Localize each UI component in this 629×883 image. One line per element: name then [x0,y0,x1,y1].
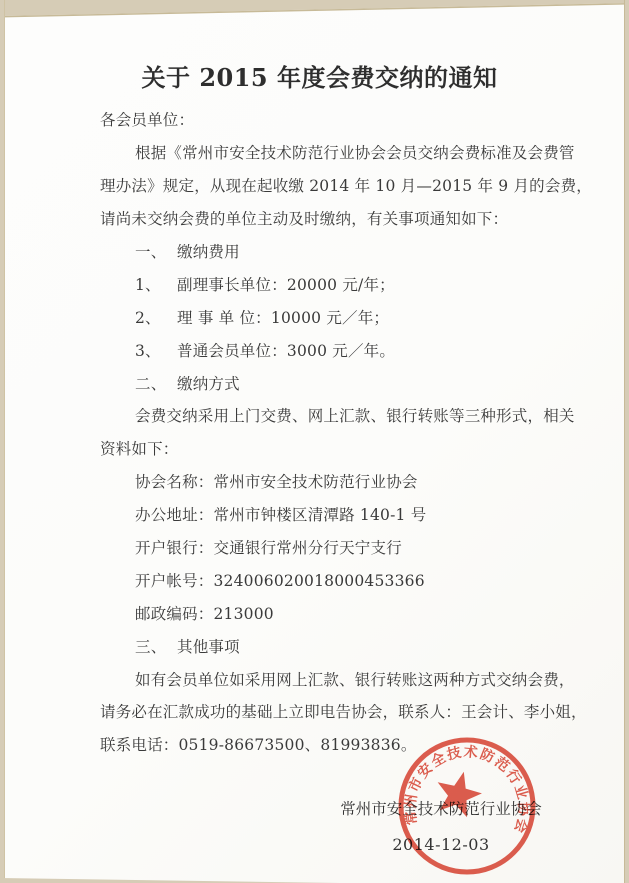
paragraph-1-line-2: 理办法》规定，从现在起收缴 2014 年 10 月—2015 年 9 月的会费， [0,169,629,202]
paragraph-2-line-2: 资料如下： [0,432,629,465]
section-1-heading: 一、 缴纳费用 [0,235,629,268]
info-bank-name: 开户银行：交通银行常州分行天宁支行 [0,531,629,564]
document-title: 关于 2015 年度会费交纳的通知 [0,58,629,93]
section-1-title: 缴纳费用 [177,240,240,262]
scanner-background-right [624,0,629,883]
paragraph-3-line-2: 请务必在汇款成功的基础上立即电告协会，联系人：王会计、李小姐， [0,695,629,728]
scanned-notice-page: 关于 2015 年度会费交纳的通知 各会员单位： 根据《常州市安全技术防范行业协… [0,0,629,883]
paragraph-2-line-1: 会费交纳采用上门交费、网上汇款、银行转账等三种形式，相关 [0,399,629,432]
paragraph-3-line-3: 联系电话：0519-86673500、81993836。 [0,728,629,761]
fee-item-1: 1、 副理事长单位：20000 元/年； [0,267,629,300]
section-3-number: 三、 [135,635,177,657]
section-2-title: 缴纳方式 [177,372,240,394]
paragraph-1-line-1: 根据《常州市安全技术防范行业协会会员交纳会费标准及会费管 [0,136,629,169]
fee-item-3: 3、 普通会员单位：3000 元／年。 [0,333,629,366]
fee-item-1-number: 1、 [135,273,177,295]
fee-item-3-number: 3、 [135,339,177,361]
section-3-heading: 三、 其他事项 [0,629,629,662]
info-association-name: 协会名称：常州市安全技术防范行业协会 [0,465,629,498]
info-office-address: 办公地址：常州市钟楼区清潭路 140-1 号 [0,498,629,531]
info-postal-code: 邮政编码：213000 [0,596,629,629]
signature-date: 2014-12-03 [336,827,546,862]
section-3-title: 其他事项 [177,635,240,657]
paragraph-3-line-1: 如有会员单位如采用网上汇款、银行转账这两种方式交纳会费， [0,662,629,695]
fee-item-1-text: 副理事长单位：20000 元/年； [177,273,395,295]
fee-item-2: 2、 理 事 单 位：10000 元／年； [0,300,629,333]
fee-item-3-text: 普通会员单位：3000 元／年。 [177,339,395,361]
section-2-heading: 二、 缴纳方式 [0,366,629,399]
info-account-number: 开户帐号：324006020018000453366 [0,563,629,596]
section-2-number: 二、 [135,372,177,394]
document-body: 各会员单位： 根据《常州市安全技术防范行业协会会员交纳会费标准及会费管 理办法》… [0,103,629,761]
fee-item-2-text: 理 事 单 位：10000 元／年； [177,306,389,328]
scanner-background-bottom [0,875,340,883]
signature-block: 常州市安全技术防范行业协会 2014-12-03 [336,792,546,862]
fee-item-2-number: 2、 [135,306,177,328]
scanner-background-left [0,0,5,883]
salutation: 各会员单位： [0,103,629,136]
paragraph-1-line-3: 请尚未交纳会费的单位主动及时缴纳，有关事项通知如下： [0,202,629,235]
signature-organization: 常州市安全技术防范行业协会 [336,792,546,827]
section-1-number: 一、 [135,240,177,262]
